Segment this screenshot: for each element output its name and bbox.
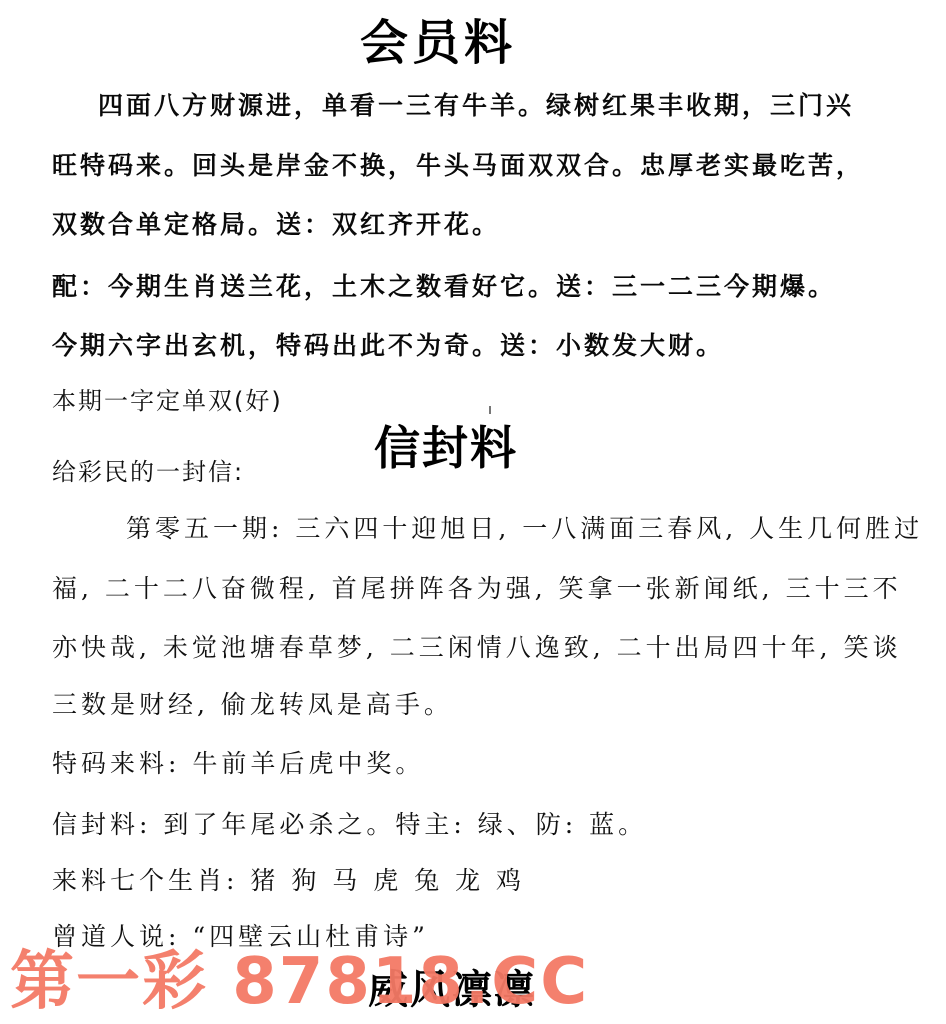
zodiac-line: 来料七个生肖: 猪 狗 马 虎 兔 龙 鸡	[52, 861, 525, 897]
letter-line-2: 福, 二十二八奋微程, 首尾拼阵各为强, 笑拿一张新闻纸, 三十三不	[52, 569, 902, 605]
member-line-3: 双数合单定格局。送：双红齐开花。	[52, 205, 500, 241]
letter-line-1: 第零五一期: 三六四十迎旭日, 一八满面三春风, 人生几何胜过	[126, 509, 923, 545]
site-watermark: 第一彩 87818.CC	[10, 930, 589, 1022]
member-section-title: 会员料	[360, 4, 516, 73]
envelope-line: 信封料: 到了年尾必杀之。特主: 绿、防: 蓝。	[52, 805, 647, 841]
member-line-1: 四面八方财源进，单看一三有牛羊。绿树红果丰收期，三门兴	[98, 86, 854, 122]
letter-line-4: 三数是财经, 偷龙转凤是高手。	[52, 685, 453, 721]
letter-intro: 给彩民的一封信:	[52, 452, 244, 487]
member-line-5: 今期六字出玄机，特码出此不为奇。送：小数发大财。	[52, 326, 724, 362]
member-line-4: 配：今期生肖送兰花，土木之数看好它。送：三一二三今期爆。	[52, 267, 836, 303]
member-line-6: 本期一字定单双(好)	[52, 381, 283, 416]
letter-line-3: 亦快哉, 未觉池塘春草梦, 二三闲情八逸致, 二十出局四十年, 笑谈	[52, 628, 902, 664]
letter-section-title: 信封料	[374, 412, 518, 478]
member-line-2: 旺特码来。回头是岸金不换，牛头马面双双合。忠厚老实最吃苦，	[52, 146, 864, 182]
special-code-line: 特码来料: 牛前羊后虎中奖。	[52, 744, 424, 780]
